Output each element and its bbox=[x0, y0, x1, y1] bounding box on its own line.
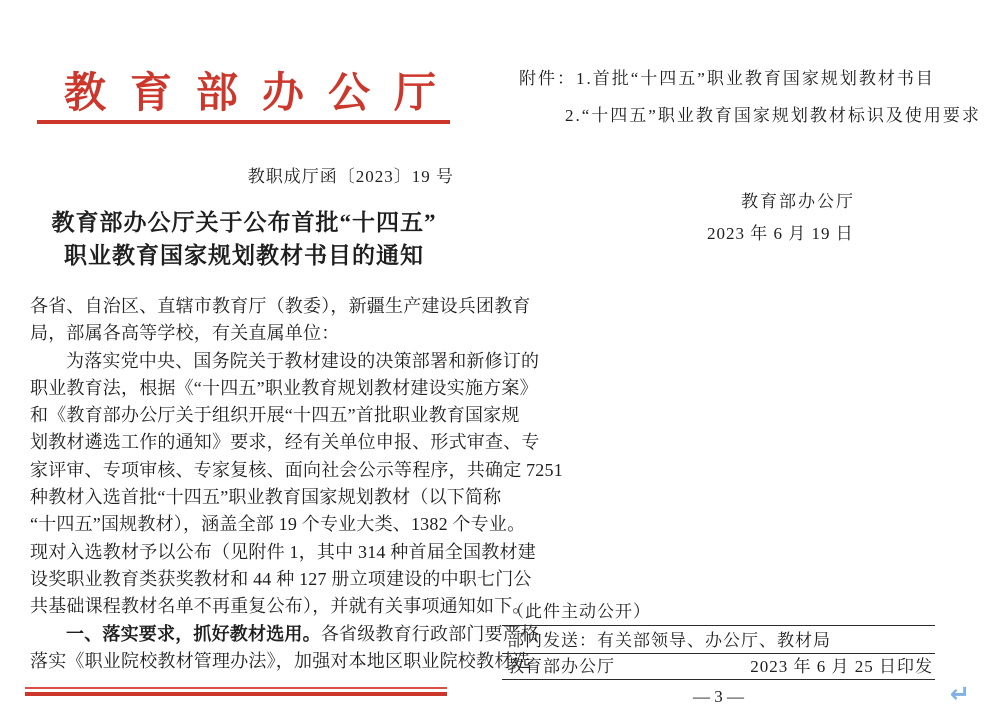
line-break-return-icon: ↵ bbox=[950, 680, 970, 708]
body-line: 种教材入选首批“十四五”职业教育国家规划教材（以下简称 bbox=[30, 484, 462, 511]
body-line: 职业教育法，根据《“十四五”职业教育规划教材建设实施方案》 bbox=[30, 375, 462, 402]
section-heading-bold: 一、落实要求，抓好教材选用。 bbox=[66, 624, 321, 644]
signature-date: 2023 年 6 月 19 日 bbox=[707, 219, 854, 244]
document-spread: 教育部办公厅 教职成厅函〔2023〕19 号 教育部办公厅关于公布首批“十四五”… bbox=[0, 0, 996, 720]
attachment-item-1: 附件：1.首批“十四五”职业教育国家规划教材书目 bbox=[519, 60, 981, 97]
bottom-rule-thick-line bbox=[25, 692, 447, 696]
bottom-rule-thin-line bbox=[25, 687, 447, 689]
issuing-authority-signature: 教育部办公厅 bbox=[741, 187, 855, 212]
body-line: 共基础课程教材名单不再重复公布），并就有关事项通知如下。 bbox=[30, 593, 462, 620]
body-line: 现对入选教材予以公布（见附件 1，其中 314 种首届全国教材建 bbox=[30, 539, 462, 566]
document-number: 教职成厅函〔2023〕19 号 bbox=[248, 162, 454, 187]
body-line: 设奖职业教育类获奖教材和 44 种 127 册立项建设的中职七门公 bbox=[30, 566, 462, 593]
print-date: 2023 年 6 月 25 日印发 bbox=[750, 654, 933, 679]
body-line: 家评审、专项审核、专家复核、面向社会公示等程序，共确定 7251 bbox=[30, 457, 462, 484]
letterhead-title: 教育部办公厅 bbox=[64, 60, 460, 120]
body-line: 和《教育部办公厅关于组织开展“十四五”首批职业教育国家规 bbox=[30, 402, 462, 429]
body-line: “十四五”国规教材），涵盖全部 19 个专业大类、1382 个专业。 bbox=[30, 511, 462, 538]
public-disclosure-note: （此件主动公开） bbox=[502, 601, 935, 626]
document-body: 各省、自治区、直辖市教育厅（教委），新疆生产建设兵团教育 局，部属各高等学校，有… bbox=[30, 293, 462, 675]
body-line: 各省、自治区、直辖市教育厅（教委），新疆生产建设兵团教育 bbox=[30, 293, 462, 320]
body-line-section-heading: 一、落实要求，抓好教材选用。各省级教育行政部门要严格 bbox=[30, 621, 462, 648]
print-issuer: 教育部办公厅 bbox=[507, 654, 615, 679]
document-title-line2: 职业教育国家规划教材书目的通知 bbox=[28, 239, 460, 272]
document-title: 教育部办公厅关于公布首批“十四五” 职业教育国家规划教材书目的通知 bbox=[28, 206, 460, 272]
body-line: 局，部属各高等学校，有关直属单位： bbox=[30, 320, 462, 347]
body-line: 落实《职业院校教材管理办法》，加强对本地区职业院校教材选 bbox=[30, 648, 462, 675]
left-page-bottom-rule bbox=[25, 687, 447, 696]
attachment-item-2: 2.“十四五”职业教育国家规划教材标识及使用要求 bbox=[519, 97, 981, 134]
page-number: — 3 — bbox=[502, 687, 935, 707]
attachments-list: 附件：1.首批“十四五”职业教育国家规划教材书目 2.“十四五”职业教育国家规划… bbox=[519, 60, 981, 134]
document-title-line1: 教育部办公厅关于公布首批“十四五” bbox=[28, 206, 460, 239]
print-info-row: 教育部办公厅 2023 年 6 月 25 日印发 bbox=[502, 654, 935, 680]
letterhead-double-rule bbox=[37, 120, 450, 124]
internal-distribution-row: 部内发送：有关部领导、办公厅、教材局 bbox=[502, 626, 935, 654]
document-footer-block: （此件主动公开） 部内发送：有关部领导、办公厅、教材局 教育部办公厅 2023 … bbox=[502, 601, 935, 680]
body-line: 为落实党中央、国务院关于教材建设的决策部署和新修订的 bbox=[30, 348, 462, 375]
body-line: 划教材遴选工作的通知》要求，经有关单位申报、形式审查、专 bbox=[30, 429, 462, 456]
